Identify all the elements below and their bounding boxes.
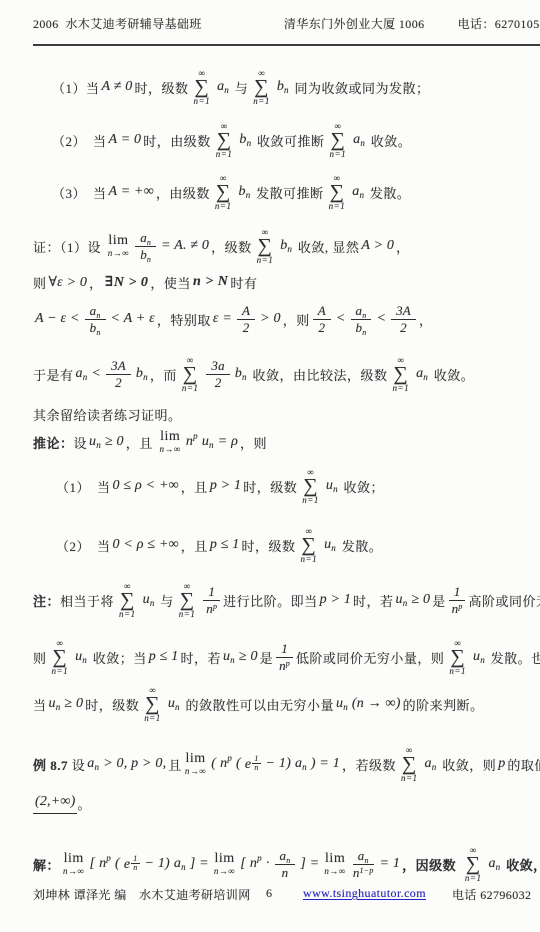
corollary-heading: 推论：设un≥ 0，且 limn→∞npun= ρ，则 [33, 426, 540, 458]
header-phone: 电话：62701055 [458, 15, 540, 32]
fraction: ann [275, 849, 296, 879]
document-page: 2006 水木艾迪考研辅导基础班 清华东门外创业大厦 1006 电话：62701… [0, 0, 540, 932]
statement-2: （2） 当A = 0时，由级数∞∑n=1bn 收敛可推断∞∑n=1an 收敛。 [52, 117, 540, 163]
summation-symbol: ∞∑n=1 [302, 468, 319, 505]
summation-symbol: ∞∑n=1 [182, 356, 199, 393]
corollary-case-1: （1） 当0 ≤ ρ < +∞，且p > 1时，级数∞∑n=1un 收敛； [56, 463, 540, 509]
statement-1: （1）当A ≠ 0时，级数∞∑n=1an 与∞∑n=1bn 同为收敛或同为发散； [52, 64, 540, 110]
underlined-answer: (2,+∞) [33, 793, 77, 814]
summation-symbol: ∞∑n=1 [179, 582, 196, 619]
proof-conclusion-line: 于是有an<3A2bn，而∞∑n=13a2bn 收敛，由比较法，级数∞∑n=1a… [33, 351, 540, 397]
note-line-2: 则∞∑n=1un 收敛；当p ≤ 1时，若un≥ 0是1np低阶或同价无穷小量，… [33, 633, 540, 681]
limit-symbol: limn→∞ [324, 852, 345, 876]
fraction: 1np [203, 585, 220, 615]
note-line-3: 当un≥ 0时，级数∞∑n=1un 的敛散性可以由无穷小量un(n → ∞)的阶… [33, 681, 540, 727]
solution-line: 解：limn→∞[np(e1n− 1)an] =limn→∞[np·ann] =… [33, 838, 540, 890]
footer-website-link[interactable]: www.tsinghuatutor.com [303, 886, 426, 901]
summation-symbol: ∞∑n=1 [52, 639, 69, 676]
proof-remainder-note: 其余留给读者练习证明。 [33, 404, 540, 424]
superscript-fraction: 1n [131, 855, 139, 872]
fraction: 1np [449, 585, 466, 615]
limit-symbol: limn→∞ [63, 852, 84, 876]
fraction: 3a2 [206, 359, 229, 389]
summation-symbol: ∞∑n=1 [253, 69, 270, 106]
summation-symbol: ∞∑n=1 [465, 846, 482, 883]
summation-symbol: ∞∑n=1 [119, 582, 136, 619]
page-footer: 刘坤林 谭泽光 编 水木艾迪考研培训网 6 www.tsinghuatutor.… [0, 886, 540, 906]
summation-symbol: ∞∑n=1 [401, 746, 418, 783]
note-line-1: 注：相当于将∞∑n=1un 与∞∑n=11np进行比阶。即当p > 1时，若un… [33, 576, 540, 624]
summation-symbol: ∞∑n=1 [393, 356, 410, 393]
summation-symbol: ∞∑n=1 [329, 174, 346, 211]
summation-symbol: ∞∑n=1 [215, 174, 232, 211]
fraction: 3A2 [106, 359, 131, 389]
fraction: 3A2 [391, 304, 416, 334]
fraction: ann1−p [352, 849, 375, 879]
limit-symbol: limn→∞ [214, 852, 235, 876]
fraction: 1np [276, 642, 293, 672]
summation-symbol: ∞∑n=1 [330, 122, 347, 159]
limit-symbol: limn→∞ [108, 234, 129, 258]
page-header: 2006 水木艾迪考研辅导基础班 清华东门外创业大厦 1006 电话：62701… [33, 15, 540, 32]
summation-symbol: ∞∑n=1 [449, 639, 466, 676]
summation-symbol: ∞∑n=1 [144, 686, 161, 723]
summation-symbol: ∞∑n=1 [194, 69, 211, 106]
example-answer: (2,+∞)。 [33, 791, 540, 815]
limit-symbol: limn→∞ [185, 752, 206, 776]
proof-inequality-line: A − ε <anbn< A + ε，特别取ε =A2> 0，则A2<anbn<… [33, 296, 540, 342]
summation-symbol: ∞∑n=1 [257, 228, 274, 265]
summation-symbol: ∞∑n=1 [301, 527, 318, 564]
proof-epsilon-line: 则∀ε > 0，∃N > 0，使当n > N时有 [33, 271, 540, 293]
fraction: A2 [237, 304, 255, 334]
corollary-case-2: （2） 当0 < ρ ≤ +∞，且p ≤ 1时，级数∞∑n=1un 发散。 [56, 522, 540, 568]
limit-symbol: limn→∞ [160, 430, 181, 454]
statement-3: （3） 当A = +∞，由级数∞∑n=1bn 发散可推断∞∑n=1an 发散。 [52, 169, 540, 215]
header-course-title: 2006 水木艾迪考研辅导基础班 [33, 15, 284, 32]
proof-intro-line: 证：（1）设 limn→∞anbn= A. ≠ 0，级数∞∑n=1bn 收敛, … [33, 223, 540, 269]
summation-symbol: ∞∑n=1 [216, 122, 233, 159]
footer-authors: 刘坤林 谭泽光 编 水木艾迪考研培训网 [33, 886, 251, 903]
fraction: A2 [313, 304, 331, 334]
footer-phone: 电话 62796032 [452, 886, 531, 903]
header-rule [33, 44, 540, 46]
fraction: anbn [351, 304, 372, 334]
fraction: anbn [85, 304, 106, 334]
superscript-fraction: 1n [252, 755, 260, 772]
footer-page-number: 6 [266, 886, 272, 901]
fraction: anbn [135, 231, 156, 261]
header-address: 清华东门外创业大厦 1006 [284, 15, 458, 32]
example-8-7-line: 例 8.7 设an> 0, p > 0,且limn→∞(np(e1n− 1)an… [33, 738, 540, 790]
